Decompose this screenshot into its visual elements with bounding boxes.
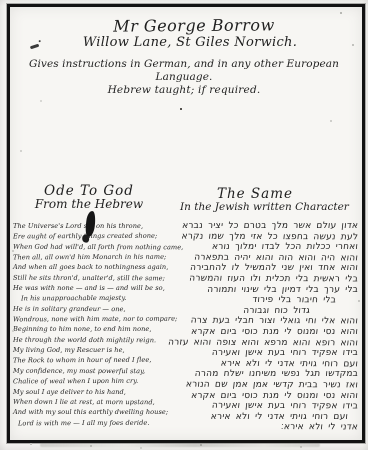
ode-line: My soul I aye deliver to his hand,	[13, 387, 173, 397]
ode-line: Lord is with me — I all my foes deride.	[18, 417, 173, 428]
hebrew-title: The Same	[180, 187, 330, 201]
ode-line: In his unapproachable majesty.	[21, 293, 173, 304]
hebrew-offer-line: Hebrew taught; if required.	[10, 84, 358, 97]
services-line: Gives instructions in German, and in any…	[10, 58, 358, 84]
hebrew-line: והוא אלי וחי גואלי וצור חבלי בעת צרה	[177, 316, 358, 327]
ode-line: Still he sits thron'd, unalter'd, still …	[13, 272, 173, 283]
hebrew-subtitle: In the Jewish written Character	[180, 201, 330, 214]
author-name: Mr George Borrow	[20, 15, 368, 36]
hebrew-line: לעת נעשה בחפצו כל אזי מלך שמו נקרא	[177, 231, 358, 242]
ode-title: Ode To God	[14, 184, 164, 198]
ode-line: And when all goes back to nothingness ag…	[13, 262, 173, 272]
hebrew-line: ואז נשיר בבית קדשי אמן אמן שם הנורא	[177, 380, 358, 391]
ode-line: Chalice of weal when I upon him cry.	[13, 376, 173, 387]
hebrew-line: ואחרי ככלות הכל לבדו ימלוך נורא	[177, 242, 358, 253]
hebrew-line: והוא אחד ואין שני להמשיל לו להחבירה	[177, 263, 358, 274]
scanned-advertisement: Mr George Borrow Willow Lane, St Giles N…	[0, 0, 368, 450]
hebrew-line: אדון עולם אשר מלך בטרם כל יציר נברא	[177, 221, 358, 232]
hebrew-line: בלי ראשית בלי תכלית ולו העוז והמשרה	[177, 274, 358, 285]
author-address: Willow Lane, St Giles Norwich.	[16, 35, 364, 51]
hebrew-line: ועם רוחי גויתי אדני לי ולא אירא	[177, 412, 348, 423]
ode-line: He through the world doth mightily reign…	[13, 335, 173, 346]
hebrew-line: במקדשו תגל נפשי משיחנו ישלח מהרה	[177, 369, 358, 380]
hebrew-line: והוא נסי ומנוס לי מנת כוסי ביום אקרא	[177, 327, 358, 338]
bottom-smudge	[40, 443, 320, 447]
right-column-heading: The Same In the Jewish written Character	[180, 187, 330, 214]
ode-line: When down I lie at rest, at morn upstand…	[13, 397, 173, 408]
ode-line: Wondrous, none with him mate, nor to com…	[13, 314, 173, 325]
ode-line: He is in solitary grandeur — one,	[13, 303, 173, 314]
left-column-heading: Ode To God From the Hebrew	[14, 184, 164, 211]
hebrew-line: בידו אפקיד רוחי בעת אישן ואעירה	[177, 348, 358, 359]
ode-line: Beginning to him none, to end him none,	[13, 324, 173, 334]
advertisement-header: Mr George Borrow Willow Lane, St Giles N…	[10, 16, 358, 97]
hebrew-line: ועם רוחי גויתי אדני לי ולא אירא	[177, 358, 358, 369]
hebrew-line: בידו אפקיד רוחי בעת אישן ואעירה	[177, 401, 358, 412]
hebrew-line: והוא רופא והוא מרפא והוא צופה והוא עזרה	[177, 337, 358, 348]
hebrew-line: והוא נסי ומנוס לי מנת כוסי ביום אקרא	[177, 391, 358, 402]
ode-text-block: The Universe's Lord sat on his throne,Er…	[13, 221, 173, 428]
hebrew-line: אדני לי ולא אירא׃	[177, 422, 358, 433]
scan-noise	[0, 0, 2, 2]
ode-line: The Rock to whom in hour of need I flee,	[13, 355, 173, 366]
hebrew-text-block: אדון עולם אשר מלך בטרם כל יציר נבראלעת נ…	[178, 221, 358, 433]
ode-line: Then all, all own'd him Monarch in his n…	[13, 252, 173, 263]
ode-subtitle: From the Hebrew	[14, 198, 164, 211]
hebrew-line: בלי חיבור בלי פירוד	[177, 295, 336, 306]
ode-line: When God had will'd, all forth from noth…	[13, 241, 173, 252]
hebrew-line: בלי ערך בלי דמיון בלי שינוי ותמורה	[177, 285, 358, 296]
ode-line: And with my soul this earthly dwelling h…	[13, 407, 173, 417]
